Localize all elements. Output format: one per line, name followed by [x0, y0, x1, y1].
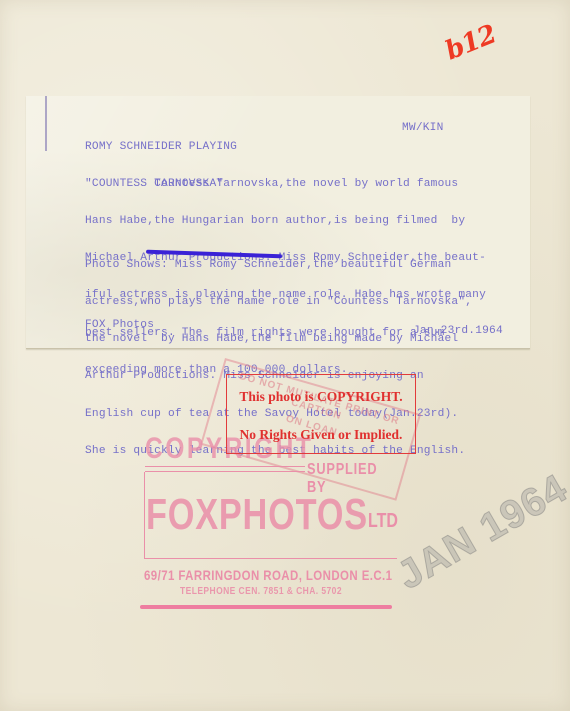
text-line: Hans Habe,the Hungarian born author,is b… — [85, 215, 486, 227]
text-line: Countess Tarnovska,the novel by world fa… — [85, 178, 486, 190]
handwritten-reference-mark: b12 — [441, 19, 500, 66]
stamp-address: 69/71 FARRINGDON ROAD, LONDON E.C.1 — [144, 567, 392, 583]
pencil-mark — [45, 96, 47, 151]
stamp-telephone: TELEPHONE CEN. 7851 & CHA. 5702 — [180, 586, 342, 597]
caption-slip: ROMY SCHNEIDER PLAYING "COUNTESS TARNOVS… — [26, 96, 530, 349]
caption-credit: FOX Photos — [85, 319, 154, 331]
caption-date: Jan.23rd.1964 — [413, 325, 503, 337]
text-line: actress,who plays the name role in "Coun… — [85, 296, 472, 308]
stamp-company-name: FOXPHOTOS — [146, 490, 368, 540]
caption-slug: MW/KIN — [402, 122, 443, 134]
copyright-line-1: This photo is COPYRIGHT. — [227, 389, 415, 405]
fox-photos-stamp: COPYRIGHT SUPPLIED BY FOXPHOTOS LTD 69/7… — [140, 430, 410, 615]
stamp-bottom-bar — [140, 605, 392, 609]
headline-line-1: ROMY SCHNEIDER PLAYING — [85, 141, 237, 153]
received-date-stamp: JAN 1964 — [390, 466, 570, 599]
copyright-notice-stamp: This photo is COPYRIGHT. No Rights Given… — [226, 374, 416, 454]
text-line: Photo Shows: Miss Romy Schneider,the bea… — [85, 259, 472, 271]
copyright-line-2: No Rights Given or Implied. — [227, 427, 415, 443]
stamp-company-suffix: LTD — [368, 510, 398, 533]
